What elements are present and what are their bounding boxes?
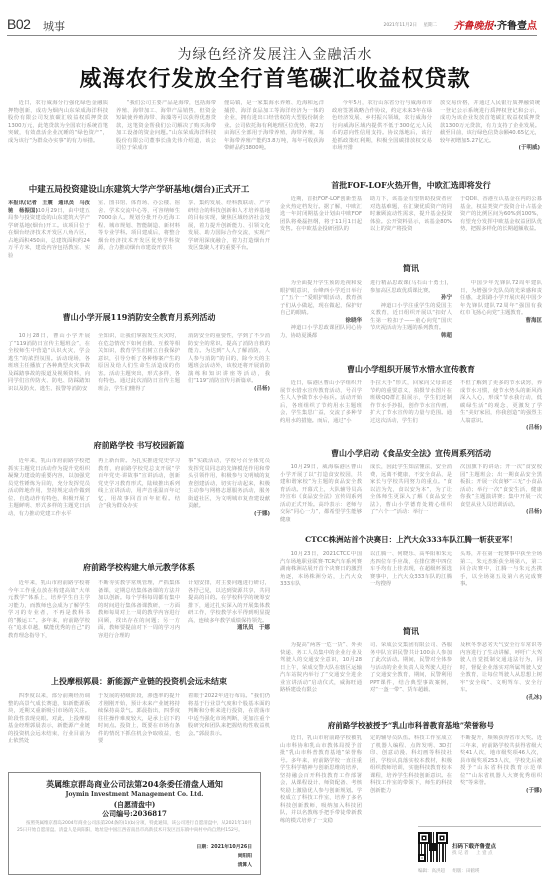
byline: (于娜)	[188, 511, 270, 519]
col: 不断夯实教学常规管理，严抓集体备课，定期总结集体备课的方法并加以创新。每个学科每…	[98, 580, 180, 660]
article-title-shangtou: 上投摩根郭晨：新能源产业链的投资机会远未结束	[8, 676, 270, 687]
paragraph: 10月29日，由中建五局参与投资建设的山东建筑大学产学研基地(烟台)开工。该项目…	[8, 208, 90, 259]
paragraph: 于QDII、香港互认基金在内的公募基金，权益类资产投资合计占基金资产的比例区间为…	[460, 196, 542, 234]
article-title-science: 府前路学校被授予“乳山市科普教育基地”荣誉称号	[280, 720, 542, 731]
notice-liquidator-role: 清算人	[238, 861, 252, 868]
brand-name: 齐鲁晚报	[454, 21, 494, 32]
paragraph: 手拉大手”形式，回家向父母讲述节约的重要意义，拍摄节水图片在班级QQ群汇报展示，…	[370, 380, 452, 425]
qr-code-icon[interactable]	[418, 832, 448, 862]
paragraph: 再上新台阶。为扎实推进党史学习教育，府前路学校党总支开展“学百年党史·讲故事”宣…	[98, 458, 180, 511]
brand-app-name: 齐鲁壹	[497, 21, 527, 32]
col: 于发展的初级阶段，渗透率的提升才刚刚开始，预计未来产业链将持续保持高景气。郭晨指…	[98, 693, 180, 761]
byline: (于娜)	[460, 788, 542, 796]
col: 室、图书馆、体育场、办公楼、宿舍、学术交流中心等，可容纳师生7000余人。规划分…	[98, 200, 180, 290]
col: 消防安全的重要性，学到了不少消防安全的常识，提高了消防自救的能力。为达到“人人了…	[188, 333, 270, 425]
paragraph: 为全面提升学生预防近视和爱眼护眼意识，台峰西小学近日举行了“五个一”爱眼护眼活动…	[280, 280, 362, 318]
lead-kicker: 为绿色经济发展注入金融活水	[0, 44, 550, 64]
col: 不但了解到了更多的节水诀窍，养成节水习惯，使节水势头的新风尚深入人心，形成“节水…	[460, 380, 542, 442]
col: 于QDII、香港互认基金在内的公募基金，权益类资产投资合计占基金资产的比例区间为…	[460, 196, 542, 256]
paragraph: 定的辅导员队伍。科技工作室成立了机器人编程、点阵发明、3D打印、创意动漫、科幻画…	[370, 735, 452, 795]
byline: (于明威)	[440, 145, 540, 153]
newspaper-logo: 齐鲁晚报·齐鲁壹点	[454, 17, 537, 32]
byline: (吕杨)	[460, 425, 542, 433]
paragraph: 消防安全的重要性，学到了不少消防安全的常识，提高了消防自救的能力。为达到“人人了…	[188, 333, 270, 386]
paragraph: 司、荣成公交集团有限公司、各服务中队宣讲民警共计100余人参加了此次活动。期间，…	[370, 642, 452, 695]
col: 近日，乳山市府前路学校被乳山市科协和乳山市教体局授予首批“乳山市科普教育基地”荣…	[280, 735, 362, 879]
article-food: 10月29日，威海临港区曹山小学开展了以“打造食安校园，共建和谐家校”为主题的食…	[280, 464, 542, 528]
section-name: 城事	[43, 18, 65, 34]
col: 10月28日，曹山小学开展了“119消防日宣传主题班会”，在全校师生中营造“认识…	[8, 333, 90, 425]
layout-credit: 组版：田鹤瑛	[452, 869, 479, 874]
article-fof: 近期，首批FOF-LOF创新型基金火热定档发行。据了解，中欧汇选一年封闭期基金计…	[280, 196, 542, 256]
byline: (吕杨)	[188, 386, 270, 394]
paragraph: 头筹，并在第一轮赛事中获至全场第二，朱元杰斩获全场第八，第二回合决赛中，江腾一与…	[460, 551, 542, 589]
paragraph: 10月23日，2021CTCC中国汽车场地职业联赛·TCR汽车系列赛湖南株洲站展…	[280, 551, 362, 589]
paragraph: 不但了解到了更多的节水诀窍，养成节水习惯，使节水势头的新风尚深入人心，形成“节水…	[460, 380, 542, 425]
paragraph: 俚岛镇，是一家集海水养殖、近海和远洋捕捞、海洋食品加工等海洋经济为一体的企业，拥…	[224, 100, 324, 153]
col: 及秋冬季恶劣天气安全行车常识等内容进行了生动讲解，呼吁广大驾驶人自觉抵制交通违法…	[460, 642, 542, 710]
qr-logo-icon	[429, 843, 437, 851]
article-title-fql2: 府前路学校构建大单元教学体系	[8, 562, 270, 573]
col: 四季度以来，部分前期经历调整的高景气成长赛道，如新能源板块，近期又重新吸引市场的…	[8, 693, 90, 761]
paragraph: 神道口小学注重学生的爱国主义教育，近日组织开展以“扣好人生第一粒扣子——童心向党…	[370, 303, 452, 333]
paragraph: 为提高“两客一危一货”、外卖快递、务工人员集中的企业行业及驾驶人的交通安全意识，…	[280, 642, 362, 695]
col: 以江腾一、何晓乐、高华阳和朱元杰四位车手应战，在排位赛中四位车手均有上佳表现，在…	[370, 551, 452, 611]
paragraph: 于发展的初级阶段，渗透率的提升才刚刚开始，预计未来产业链将持续保持高景气。郭晨指…	[98, 693, 180, 746]
promo-subtitle: 找记者 上壹点	[452, 850, 494, 856]
article-cjzj: 本报讯(记者 王震 通讯员 马汝驰 杨振国)10月29日，由中建五局参与投资建设…	[8, 200, 270, 290]
lead-col-5: 放交易价格，并通过人民银行质押融资统一登记公示系统进行质押权登记和公示，成功为该…	[440, 100, 540, 182]
paragraph: 计划安排，对主要问题进行研讨，各抒己见，以达到资源共享，共同提高的目的。在学校科…	[188, 580, 270, 625]
masthead: B02 城事 2021年11月2日 星期二 齐鲁晚报·齐鲁壹点	[7, 14, 537, 36]
paragraph: 10月29日，威海临港区曹山小学开展了以“打造食安校园，共建和谐家校”为主题的食…	[280, 464, 362, 524]
article-ctcc: 10月23日，2021CTCC中国汽车场地职业联赛·TCR汽车系列赛湖南株洲站展…	[280, 551, 542, 611]
qr-finder-icon	[418, 854, 426, 862]
notice-date: 日期：2021年10月26日	[197, 843, 252, 850]
article-shangtou: 四季度以来，部分前期经历调整的高景气成长赛道，如新能源板块，近期又重新吸引市场的…	[8, 693, 270, 761]
article-brief2: 为提高“两客一危一货”、外卖快递、务工人员集中的企业行业及驾驶人的交通安全意识，…	[280, 642, 542, 710]
paragraph: 四季度以来，部分前期经历调整的高景气成长赛道，如新能源板块，近期又重新吸引市场的…	[8, 693, 90, 746]
col: 计划安排，对主要问题进行研讨，各抒己见，以达到资源共享，共同提高的目的。在学校科…	[188, 580, 270, 660]
lead-body: 近日，农行威海分行强化绿色金融质押物创新，成功为烟内山东荣成海洋科技股份有限公司…	[8, 100, 540, 182]
page-code: B02	[7, 16, 30, 32]
newspaper-page: B02 城事 2021年11月2日 星期二 齐鲁晚报·齐鲁壹点 为绿色经济发展注…	[0, 0, 550, 885]
article-science: 近日，乳山市府前路学校被乳山市科协和乳山市教体局授予首批“乳山市科普教育基地”荣…	[280, 735, 542, 879]
col: 着眼于2022年进行布局。“我们仍将基于行业景气度和个股基本面的判断和分析来进行…	[188, 693, 270, 761]
col: 司、荣成公交集团有限公司、各服务中队宣讲民警共计100余人参加了此次活动。期间，…	[370, 642, 452, 710]
article-fire: 10月28日，曹山小学开展了“119消防日宣传主题班会”，在全校师生中营造“认识…	[8, 333, 270, 425]
brand-app-dot: 点	[527, 21, 537, 32]
col: 近日，临港区曹山小学组织开展节水惜水宣传教育活动，号召学生人人争做节水小标兵。活…	[280, 380, 362, 442]
col: 享、集约发展、经科教联动、产学研结合的科技创新和人才培养基地的目标实现，聚焦区域…	[188, 200, 270, 290]
col: 定的辅导员队伍。科技工作室成立了机器人编程、点阵发明、3D打印、创意动漫、科幻画…	[370, 735, 452, 805]
col: 再上新台阶。为扎实推进党史学习教育，府前路学校党总支开展“学百年党史·讲故事”宣…	[98, 458, 180, 550]
promo-title: 扫码下载齐鲁壹点	[452, 842, 496, 850]
paragraph: 不断提升，频频获得省市大奖。近三年来，府前路学校共获得省级大奖41人次，地市级奖…	[460, 735, 542, 788]
article-water: 近日，临港区曹山小学组织开展节水惜水宣传教育活动，号召学生人人争做节水小标兵。活…	[280, 380, 542, 442]
lead-headline: 威海农行发放全行首笔碳汇收益权贷款	[0, 62, 550, 93]
article-title-ctcc: CTCC株洲站首个决赛日：上汽大众333车队江腾一斩获亚军！	[280, 534, 542, 545]
article-title-food: 曹山小学启动《食品安全法》宣传周系列活动	[280, 448, 542, 459]
lead-col-3: 俚岛镇，是一家集海水养殖、近海和远洋捕捞、海洋食品加工等海洋经济为一体的企业，拥…	[224, 100, 324, 182]
article-title-water: 曹山小学组织开展节水惜水宣传教育	[280, 364, 542, 375]
col: 手拉大手”形式，回家向父母讲述节约的重要意义，拍摄节水图片在班级QQ群汇报展示，…	[370, 380, 452, 442]
col: 为全面提升学生预防近视和爱眼护眼意识，台峰西小学近日举行了“五个一”爱眼护眼活动…	[280, 280, 362, 358]
paragraph: 近日，乳山市府前路学校被乳山市科协和乳山市教体局授予首批“乳山市科普教育基地”荣…	[280, 735, 362, 825]
paragraph: 享、集约发展、经科教联动、产学研结合的科技创新和人才培养基地的目标实现，聚焦区域…	[188, 200, 270, 253]
lead-col-1: 近日，农行威海分行强化绿色金融质押物创新，成功为烟内山东荣成海洋科技股份有限公司…	[8, 100, 108, 182]
paragraph: 以江腾一、何晓乐、高华阳和朱元杰四位车手应战，在排位赛中四位车手均有上佳表现，在…	[370, 551, 452, 589]
article-title-fql1: 府前路学校 书写校园新篇	[8, 440, 270, 451]
notice-company-number: 公司编号:2036817	[9, 809, 260, 819]
paragraph: 室、图书馆、体育场、办公楼、宿舍、学术交流中心等，可容纳师生7000余人。规划分…	[98, 200, 180, 253]
paragraph: 事”实践活动，学校号召全体党员发挥党员同志的先锋模范作用和带头引领作用，积极参与…	[188, 458, 270, 511]
byline: 徐晓华	[280, 318, 362, 326]
paragraph: 及秋冬季恶劣天气安全行车常识等内容进行了生动讲解，呼吁广大驾驶人自觉抵制交通违法…	[460, 642, 542, 695]
legal-notice: 英属维京群岛商业公司法第204条委任清盘人通知 Joymin Investmen…	[8, 772, 261, 875]
promo-divider	[418, 826, 541, 827]
paragraph: 10月28日，曹山小学开展了“119消防日宣传主题班会”，在全校师生中营造“认识…	[8, 333, 90, 393]
article-fql2: 近年来，乳山市府前路学校将今年工作重点放在构建高效“大单元教学”体系上，培养学生…	[8, 580, 270, 660]
paragraph: 神道口小学思政课团队同心协力，协助夏溪都	[280, 325, 362, 340]
article-title-brief2: 简讯	[280, 626, 542, 637]
editor-credit: 编辑：高洪超	[418, 869, 445, 874]
byline: (吕杨)	[460, 509, 542, 517]
paragraph: 着眼于2022年进行布局。“我们仍将基于行业景气度和个股基本面的判断和分析来进行…	[188, 693, 270, 738]
paragraph: 中国少年先锋队72周年建队日，为增强少先队员的光荣感和责任感，北阳路小学开展庆祝…	[460, 280, 542, 318]
paragraph: 近期，首批FOF-LOF创新型基金火热定档发行。据了解，中欧汇选一年封闭期基金计…	[280, 196, 362, 234]
paragraph: 全知识，让我们掌握发生火灾时，在危急情况下如何自救、互救等相关知识，教育学生们树…	[98, 333, 180, 393]
paragraph: 今年5月，农行山东省分行与威海市市政府签署战略合作协议，约定未来3年在绿色经济发…	[332, 100, 432, 153]
article-fql1: 近年来，乳山市府前路学校把抓实主题党日活动作为提升党组织凝聚力建设的重要内容，以…	[8, 458, 270, 550]
notice-liquidator-name: 尚阳阳	[238, 852, 252, 859]
col: 助力下，该基金有望帮助投资者应对选基难题，在汇聚优质资产的同时兼顾流动性需求，提…	[370, 196, 452, 256]
article-brief1: 为全面提升学生预防近视和爱眼护眼意识，台峰西小学近日举行了“五个一”爱眼护眼活动…	[280, 280, 542, 358]
col: 全知识，让我们掌握发生火灾时，在危急情况下如何自救、互救等相关知识，教育学生们树…	[98, 333, 180, 425]
paragraph: 不断夯实教学常规管理，严抓集体备课，定期总结集体备课的方法并加以创新。每个学科每…	[98, 580, 180, 640]
col: 进行精品思政课(马石山十勇士)，参加高区思政优质课比赛。 孙宁 神道口小学注重学…	[370, 280, 452, 358]
col: 成长，因此学生知法懂法，安全消费，远离不健康，不安全食品，是家长与学校共同努力的…	[370, 464, 452, 528]
byline: (孔冰)	[460, 695, 542, 703]
notice-company-english: Joymin Investment Management Co. Ltd.	[9, 791, 260, 798]
col: 次国旗下的讲话；开一次“食安校园”主题班会；出一期食品安全黑板报；开展一次食够“…	[460, 464, 542, 528]
col: 头筹，并在第一轮赛事中获至全场第二，朱元杰斩获全场第八，第二回合决赛中，江腾一与…	[460, 551, 542, 611]
article-title-fof: 首批FOF-LOF火热开售，中欧汇选即将发行	[280, 180, 542, 191]
paragraph: 进行精品思政课(马石山十勇士)，参加高区思政优质课比赛。	[370, 280, 452, 295]
paragraph: 成长，因此学生知法懂法，安全消费，远离不健康，不安全食品，是家长与学校共同努力的…	[370, 464, 452, 517]
notice-title: 英属维京群岛商业公司法第204条委任清盘人通知	[9, 779, 260, 790]
issue-weekday: 星期二	[424, 22, 438, 28]
col: 不断提升，频频获得省市大奖。近三年来，府前路学校共获得省级大奖41人次，地市级奖…	[460, 735, 542, 825]
article-title-brief1: 简讯	[280, 263, 542, 274]
col: 中国少年先锋队72周年建队日，为增强少先队员的光荣感和责任感，北阳路小学开展庆祝…	[460, 280, 542, 358]
col: 近期，首批FOF-LOF创新型基金火热定档发行。据了解，中欧汇选一年封闭期基金计…	[280, 196, 362, 256]
col: 事”实践活动，学校号召全体党员发挥党员同志的先锋模范作用和带头引领作用，积极参与…	[188, 458, 270, 550]
paragraph: “我们公司主要产品是海带，包括海带养殖、海带加工、海带产品销售，但资金短缺使养殖…	[116, 100, 216, 153]
notice-body: 按照英属维京群岛2004年商业公司法第204条的(1)(b)分项，特此通知，该公…	[17, 821, 252, 834]
byline: 曹海匡	[460, 318, 542, 326]
col: 10月23日，2021CTCC中国汽车场地职业联赛·TCR汽车系列赛湖南株洲站展…	[280, 551, 362, 611]
page-credits: 编辑：高洪超 组版：田鹤瑛	[418, 868, 485, 874]
issue-date: 2021年11月2日	[383, 22, 417, 28]
col: 为提高“两客一危一货”、外卖快递、务工人员集中的企业行业及驾驶人的交通安全意识，…	[280, 642, 362, 710]
paragraph: 放交易价格，并通过人民银行质押融资统一登记公示系统进行质押权登记和公示，成功为该…	[440, 100, 540, 145]
col: 本报讯(记者 王震 通讯员 马汝驰 杨振国)10月29日，由中建五局参与投资建设…	[8, 200, 90, 290]
col: 10月29日，威海临港区曹山小学开展了以“打造食安校园，共建和谐家校”为主题的食…	[280, 464, 362, 528]
byline: 孙宁	[370, 295, 452, 303]
paragraph: 近年来，乳山市府前路学校把抓实主题党日活动作为提升党组织凝聚力建设的重要内容，以…	[8, 458, 90, 518]
article-title-cjzj: 中建五局投资建设山东建筑大学产学研基地(烟台)正式开工	[8, 183, 270, 195]
lead-col-4: 今年5月，农行山东省分行与威海市市政府签署战略合作协议，约定未来3年在绿色经济发…	[332, 100, 432, 182]
paragraph: 次国旗下的讲话；开一次“食安校园”主题班会；出一期食品安全黑板报；开展一次食够“…	[460, 464, 542, 509]
article-title-fire: 曹山小学开展119消防安全教育月系列活动	[8, 312, 270, 323]
byline: 韩超	[370, 333, 452, 341]
lead-col-2: “我们公司主要产品是海带，包括海带养殖、海带加工、海带产品销售，但资金短缺使养殖…	[116, 100, 216, 182]
paragraph: 近年来，乳山市府前路学校将今年工作重点放在构建高效“大单元教学”体系上，培养学生…	[8, 580, 90, 640]
col: 近年来，乳山市府前路学校把抓实主题党日活动作为提升党组织凝聚力建设的重要内容，以…	[8, 458, 90, 550]
paragraph: 助力下，该基金有望帮助投资者应对选基难题，在汇聚优质资产的同时兼顾流动性需求，提…	[370, 196, 452, 234]
paragraph: 近日，临港区曹山小学组织开展节水惜水宣传教育活动，号召学生人人争做节水小标兵。活…	[280, 380, 362, 425]
col: 近年来，乳山市府前路学校将今年工作重点放在构建高效“大单元教学”体系上，培养学生…	[8, 580, 90, 660]
paragraph: 近日，农行威海分行强化绿色金融质押物创新，成功为烟内山东荣成海洋科技股份有限公司…	[8, 100, 108, 145]
byline: 通讯员 于娜	[188, 625, 270, 633]
